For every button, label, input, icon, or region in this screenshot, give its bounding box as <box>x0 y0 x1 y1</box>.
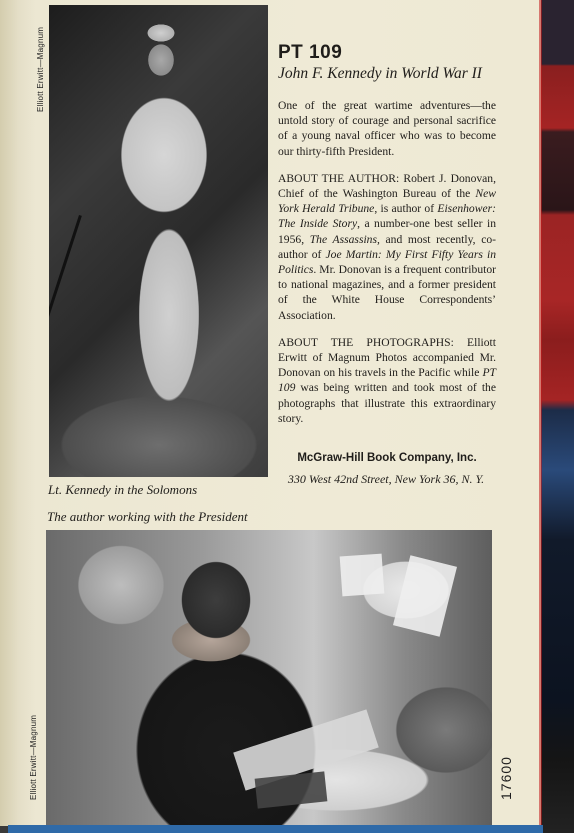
paper-shape <box>340 554 385 597</box>
about-author-text: , is author of <box>374 202 437 215</box>
about-photos-text: ABOUT THE PHOTOGRAPHS: Elliott Erwitt of… <box>278 336 496 379</box>
caption-top-photo: Lt. Kennedy in the Solomons <box>48 482 197 498</box>
book-spine <box>541 0 574 833</box>
blurb: One of the great wartime adventures—the … <box>278 98 496 159</box>
spine-edge-line <box>539 0 542 833</box>
catalog-number: 17600 <box>498 756 514 800</box>
publisher-name: McGraw-Hill Book Company, Inc. <box>278 452 496 464</box>
about-photographs: ABOUT THE PHOTOGRAPHS: Elliott Erwitt of… <box>278 335 496 426</box>
photo-credit-top: Elliott Erwitt—Magnum <box>36 27 45 112</box>
cane-shape <box>49 215 82 416</box>
about-author-text: ABOUT THE AUTHOR: Robert J. Donovan, Chi… <box>278 172 496 200</box>
about-author: ABOUT THE AUTHOR: Robert J. Donovan, Chi… <box>278 171 496 323</box>
photo-author-with-president <box>46 530 492 825</box>
publisher-address: 330 West 42nd Street, New York 36, N. Y. <box>276 472 496 487</box>
about-photos-text: was being written and took most of the p… <box>278 381 496 424</box>
edge-wear <box>0 0 36 826</box>
photo-print-shape <box>255 771 328 808</box>
book-title-ref: The Assassins, <box>310 233 380 246</box>
caption-bottom-photo: The author working with the President <box>47 509 248 525</box>
book-subtitle: John F. Kennedy in World War II <box>278 64 496 84</box>
paper-shape <box>393 555 457 636</box>
bottom-blue-strip <box>8 825 543 833</box>
photo-credit-bottom: Elliott Erwitt—Magnum <box>29 715 38 800</box>
book-title: PT 109 <box>278 42 496 64</box>
jacket-copy: PT 109 John F. Kennedy in World War II O… <box>278 42 496 487</box>
photo-kennedy-solomons <box>49 5 268 477</box>
